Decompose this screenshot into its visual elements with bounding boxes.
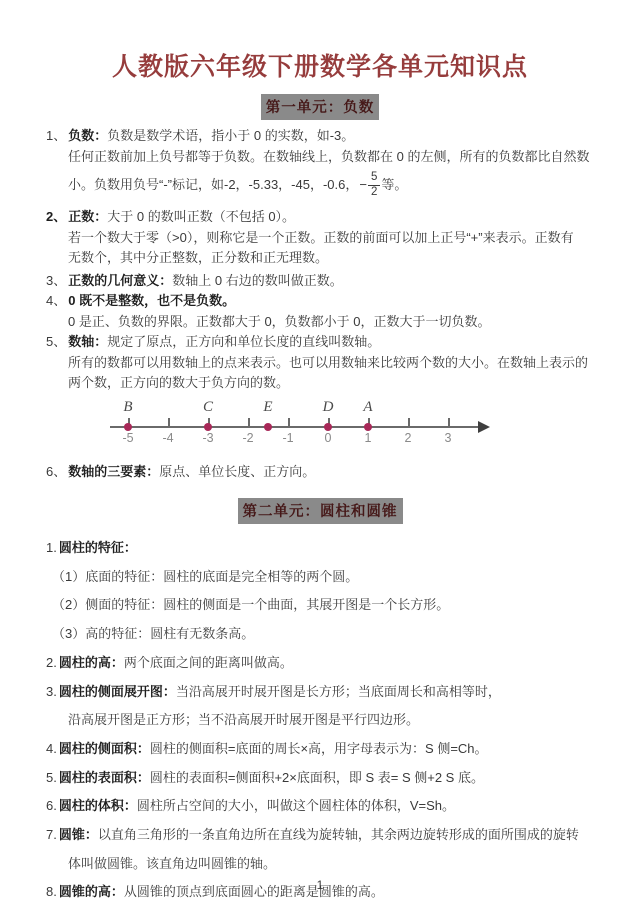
item-term: 数轴：: [68, 334, 107, 349]
tick-label: 3: [433, 431, 463, 445]
item-term: 正数：: [68, 209, 107, 224]
point-label: C: [196, 399, 220, 416]
fraction-denominator: 2: [368, 186, 380, 199]
item-text: 负数是数学术语，指小于 0 的实数，如-3。: [107, 128, 354, 143]
item-number: 6.: [46, 798, 57, 813]
tick-label: -4: [153, 431, 183, 445]
sub-item: （1）底面的特征：圆柱的底面是完全相等的两个圆。: [52, 563, 600, 592]
item-text: 圆柱的表面积=侧面积+2×底面积，即 S 表= S 侧+2 S 底。: [150, 770, 484, 785]
item-number: 1、: [46, 128, 66, 143]
unit1-section-tail: 6、数轴的三要素：原点、单位长度、正方向。: [46, 462, 600, 483]
item-term: 负数：: [68, 128, 107, 143]
item-term: 圆锥：: [59, 827, 98, 842]
list-item-cylinder-lateral-net: 3.圆柱的侧面展开图：当沿高展开时展开图是长方形；当底面周长和高相等时，: [46, 678, 600, 707]
list-item-positive-numbers: 2、正数：大于 0 的数叫正数（不包括 0）。: [46, 207, 600, 228]
item-text: 原点、单位长度、正方向。: [159, 464, 315, 479]
tick: [408, 418, 410, 426]
item-number: 2、: [46, 209, 66, 224]
item-term: 正数的几何意义：: [68, 273, 172, 288]
tick: [248, 418, 250, 426]
tick-label: -5: [113, 431, 143, 445]
unit1-section: 1、负数：负数是数学术语，指小于 0 的实数，如-3。 任何正数前加上负号都等于…: [46, 126, 600, 394]
item-number: 3.: [46, 684, 57, 699]
axis-line: [110, 426, 480, 428]
point-dot: [264, 423, 272, 431]
unit1-header-row: 第一单元：负数: [0, 94, 640, 120]
item-text: 圆柱所占空间的大小，叫做这个圆柱体的体积，V=Sh。: [137, 798, 455, 813]
point-label: B: [116, 399, 140, 416]
item-term: 数轴的三要素：: [68, 464, 159, 479]
item-term: 圆柱的特征：: [59, 540, 137, 555]
item-continuation: 0 是正、负数的界限。正数都大于 0，负数都小于 0，正数大于一切负数。: [68, 312, 600, 333]
item-text: 数轴上 0 右边的数叫做正数。: [172, 273, 342, 288]
axis-arrow-icon: [478, 421, 490, 433]
item-text: 两个底面之间的距离叫做高。: [124, 655, 293, 670]
tick-label: -1: [273, 431, 303, 445]
list-item-cone: 7.圆锥：以直角三角形的一条直角边所在直线为旋转轴，其余两边旋转形成的面所围成的…: [46, 821, 600, 850]
page-title: 人教版六年级下册数学各单元知识点: [0, 50, 640, 84]
tick-label: 2: [393, 431, 423, 445]
item-number: 6、: [46, 464, 66, 479]
point-dot: [324, 423, 332, 431]
unit2-section: 1.圆柱的特征： （1）底面的特征：圆柱的底面是完全相等的两个圆。 （2）侧面的…: [46, 534, 600, 905]
document-page: 人教版六年级下册数学各单元知识点 第一单元：负数 1、负数：负数是数学术语，指小…: [0, 0, 640, 905]
unit2-header: 第二单元：圆柱和圆锥: [238, 498, 403, 524]
item-text: 圆柱的侧面积=底面的周长×高，用字母表示为：S 侧=Ch。: [150, 741, 488, 756]
unit1-header: 第一单元：负数: [261, 94, 380, 120]
item-continuation-fraction: 小。负数用负号“-”标记，如-2，-5.33，-45，-0.6， − 5 2 等…: [68, 167, 600, 203]
page-number: 1: [0, 878, 640, 892]
item-continuation: 两个数，正方向的数大于负方向的数。: [68, 373, 600, 394]
point-dot: [204, 423, 212, 431]
item-term: 圆柱的侧面展开图：: [59, 684, 176, 699]
item-continuation: 任何正数前加上负号都等于负数。在数轴线上，负数都在 0 的左侧，所有的负数都比自…: [68, 147, 600, 168]
point-dot: [364, 423, 372, 431]
item-text: 当沿高展开时展开图是长方形；当底面周长和高相等时，: [176, 684, 501, 699]
sub-item: （2）侧面的特征：圆柱的侧面是一个曲面，其展开图是一个长方形。: [52, 591, 600, 620]
fraction-minus: −: [359, 175, 367, 196]
list-item-cylinder-features: 1.圆柱的特征：: [46, 534, 600, 563]
item-term: 圆柱的体积：: [59, 798, 137, 813]
item-number: 4、: [46, 293, 66, 308]
fraction-numerator: 5: [368, 171, 380, 185]
item-text: 规定了原点，正方向和单位长度的直线叫数轴。: [107, 334, 380, 349]
fraction-post-text: 等。: [381, 175, 407, 196]
sub-item: （3）高的特征：圆柱有无数条高。: [52, 620, 600, 649]
tick-label: -3: [193, 431, 223, 445]
tick-label: -2: [233, 431, 263, 445]
point-label: A: [356, 399, 380, 416]
item-number: 3、: [46, 273, 66, 288]
list-item-cylinder-lateral-area: 4.圆柱的侧面积：圆柱的侧面积=底面的周长×高，用字母表示为：S 侧=Ch。: [46, 735, 600, 764]
item-term: 圆柱的高：: [59, 655, 124, 670]
point-label: D: [316, 399, 340, 416]
list-item-number-axis: 5、数轴：规定了原点，正方向和单位长度的直线叫数轴。: [46, 332, 600, 353]
point-dot: [124, 423, 132, 431]
item-number: 5、: [46, 334, 66, 349]
fraction: 5 2: [368, 171, 380, 198]
list-item-geometric-meaning: 3、正数的几何意义：数轴上 0 右边的数叫做正数。: [46, 271, 600, 292]
item-number: 5.: [46, 770, 57, 785]
item-term: 圆柱的侧面积：: [59, 741, 150, 756]
list-item-negative-numbers: 1、负数：负数是数学术语，指小于 0 的实数，如-3。: [46, 126, 600, 147]
list-item-cylinder-height: 2.圆柱的高：两个底面之间的距离叫做高。: [46, 649, 600, 678]
tick: [168, 418, 170, 426]
item-term: 0 既不是整数，也不是负数。: [68, 293, 235, 308]
item-text: 以直角三角形的一条直角边所在直线为旋转轴，其余两边旋转形成的面所围成的旋转: [98, 827, 579, 842]
item-continuation: 无数个，其中分正整数，正分数和正无理数。: [68, 248, 600, 269]
item-continuation: 所有的数都可以用数轴上的点来表示。也可以用数轴来比较两个数的大小。在数轴上表示的: [68, 353, 600, 374]
tick: [448, 418, 450, 426]
tick-label: 0: [313, 431, 343, 445]
list-item-cylinder-surface-area: 5.圆柱的表面积：圆柱的表面积=侧面积+2×底面积，即 S 表= S 侧+2 S…: [46, 764, 600, 793]
tick-label: 1: [353, 431, 383, 445]
item-number: 7.: [46, 827, 57, 842]
item-number: 4.: [46, 741, 57, 756]
tick: [288, 418, 290, 426]
item-number: 2.: [46, 655, 57, 670]
item-number: 1.: [46, 540, 57, 555]
item-continuation: 若一个数大于零（>0），则称它是一个正数。正数的前面可以加上正号“+”来表示。正…: [68, 228, 600, 249]
list-item-three-elements: 6、数轴的三要素：原点、单位长度、正方向。: [46, 462, 600, 483]
item-continuation: 沿高展开图是正方形；当不沿高展开时展开图是平行四边形。: [68, 706, 600, 735]
item-term: 圆柱的表面积：: [59, 770, 150, 785]
item-text: 大于 0 的数叫正数（不包括 0）。: [107, 209, 295, 224]
list-item-zero: 4、0 既不是整数，也不是负数。: [46, 291, 600, 312]
fraction-pre-text: 小。负数用负号“-”标记，如-2，-5.33，-45，-0.6，: [68, 175, 358, 196]
unit2-header-row: 第二单元：圆柱和圆锥: [0, 498, 640, 524]
list-item-cylinder-volume: 6.圆柱的体积：圆柱所占空间的大小，叫做这个圆柱体的体积，V=Sh。: [46, 792, 600, 821]
item-continuation: 体叫做圆锥。该直角边叫圆锥的轴。: [68, 850, 600, 879]
number-line: -5-4-3-2-10123BCEDA: [108, 398, 508, 456]
point-label: E: [256, 399, 280, 416]
